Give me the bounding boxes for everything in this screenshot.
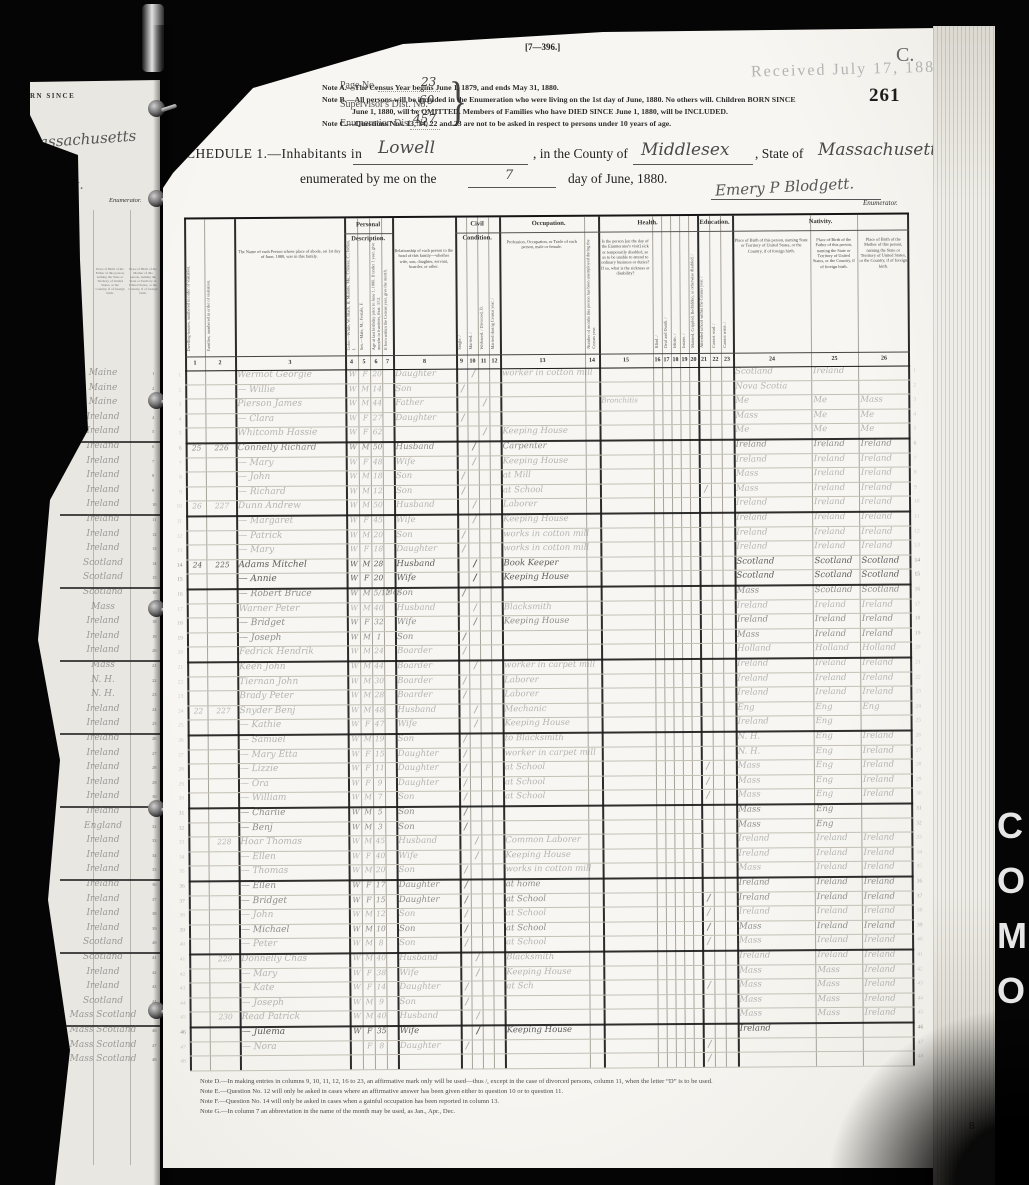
cell-m10: / <box>471 660 480 671</box>
cell-m10: / <box>474 1011 483 1022</box>
cell-m21: / <box>704 907 714 918</box>
cell-b3: Ireland <box>863 847 894 857</box>
enumerated-line-suffix: day of June, 1880. <box>568 171 667 187</box>
prev-page-enumerator-label: Enumerator. <box>109 197 141 204</box>
cell-rel: Daughter <box>395 369 436 379</box>
cell-m21: / <box>703 761 713 772</box>
prev-page-birthplace-entry: Ireland <box>55 967 151 977</box>
cell-b3: Ireland <box>862 672 893 682</box>
prev-page-column-rule <box>130 210 131 1165</box>
column-group-nativity: Nativity. <box>732 214 909 231</box>
cell-rel: Daughter <box>398 763 439 773</box>
cell-m10: / <box>470 558 479 569</box>
row-number-left: 30 <box>174 796 184 802</box>
row-number-right: 11 <box>914 513 924 519</box>
prev-page-birthplace-entry: Ireland <box>55 645 151 655</box>
cell-m10: / <box>471 704 480 715</box>
cell-b2: Eng <box>816 731 833 741</box>
cell-b2: Ireland <box>817 906 848 916</box>
row-number-left: 26 <box>174 738 184 744</box>
prev-page-birthplace-entry: Ireland <box>55 923 151 933</box>
cell-s: M <box>361 530 371 539</box>
cell-c: W <box>351 997 362 1006</box>
column-head-2: Families, numbered in order of visitatio… <box>205 239 235 351</box>
row-number-left: 9 <box>172 489 182 495</box>
cell-b1: Mass <box>738 805 761 815</box>
cell-b1: Mass <box>736 483 759 493</box>
row-number-right: 6 <box>914 440 924 446</box>
enumerated-line-prefix: enumerated by me on the <box>300 171 436 187</box>
cell-b2: Ireland <box>815 629 846 639</box>
cell-b3: Ireland <box>864 935 895 945</box>
column-head-24: Place of Birth of this person, naming St… <box>734 237 809 338</box>
cell-occ: Book Keeper <box>503 558 558 569</box>
prev-page-birthplace-entry: Ireland <box>55 777 151 787</box>
prev-page-birthplace-entry: Ireland <box>55 543 151 553</box>
cell-b1: Mass <box>736 469 759 479</box>
cell-a: 15 <box>376 895 386 904</box>
column-number-7: 7 <box>382 359 393 365</box>
note-c: Note C.—Questions Nos. 13, 14, 22 and 23… <box>322 119 671 128</box>
cell-name: — Peter <box>241 939 277 950</box>
prev-page-birthplace-entry: Ireland <box>55 908 151 918</box>
cell-c: W <box>349 588 360 597</box>
column-head-15: Is the person [on the day of the Enumera… <box>600 238 651 338</box>
cell-s: M <box>363 734 373 743</box>
footer-note-d: Note D.—In making entries in columns 9, … <box>200 1078 713 1085</box>
column-number-11: 11 <box>478 358 489 364</box>
cell-m10: / <box>471 573 480 584</box>
prev-page-birthplace-entry: Ireland <box>55 426 151 436</box>
cell-b3: Ireland <box>864 964 895 974</box>
cell-b2: Ireland <box>815 687 846 697</box>
cell-b2: Eng <box>816 789 833 799</box>
prev-page-birthplace-entry: Ireland <box>55 514 151 524</box>
cell-b3: Ireland <box>861 512 892 522</box>
cell-b1: Mass <box>738 761 761 771</box>
cell-m10: / <box>471 602 480 613</box>
prev-page-birthplace-entry: Scotland <box>55 572 151 582</box>
cell-s: F <box>364 895 374 904</box>
column-number-22: 22 <box>710 357 721 363</box>
cell-name: Keen John <box>239 662 285 673</box>
row-number-right: 40 <box>917 937 927 943</box>
cell-b3: Me <box>860 424 874 434</box>
cell-name: — Richard <box>238 487 286 498</box>
cell-b1: Ireland <box>737 673 768 683</box>
note-b-line1: Note B.—All persons will be included in … <box>322 95 796 104</box>
note-b-line2: June 1, 1880, will be OMITTED. Members o… <box>352 107 728 116</box>
row-number-left: 1 <box>171 373 181 379</box>
cell-name: Tiernan John <box>239 676 298 687</box>
cell-occ: worker in carpet mill <box>505 747 596 758</box>
cell-m21: / <box>703 776 713 787</box>
cell-name: Donnelly Chas <box>241 954 307 965</box>
cell-rel: Son <box>399 938 415 948</box>
row-number-right: 5 <box>914 426 924 432</box>
cell-s: M <box>364 866 374 875</box>
cell-a: 5/12 <box>374 588 384 597</box>
cell-m9: / <box>461 777 470 788</box>
cell-m9: / <box>462 865 471 876</box>
cell-m9: / <box>462 982 471 993</box>
prev-page-birthplace-entry: Ireland <box>55 470 151 480</box>
cell-rel: Daughter <box>399 982 440 992</box>
footer-note-f: Note F.—Question No. 14 will only be ask… <box>200 1098 499 1105</box>
schedule-title: SCHEDULE 1.—Inhabitants in <box>178 146 362 162</box>
row-number-right: 38 <box>917 908 927 914</box>
cell-b2: Ireland <box>814 483 845 493</box>
prev-page-header-fragment: Place of Birth of the Father of this per… <box>95 267 125 317</box>
prev-page-birthplace-entry: Scotland <box>55 558 151 568</box>
column-number-2: 2 <box>205 360 235 366</box>
cell-fam: 227 <box>208 502 236 511</box>
cell-c: W <box>351 910 362 919</box>
cell-a: 20 <box>373 530 383 539</box>
cell-s: F <box>360 369 370 378</box>
cell-c: W <box>347 384 358 393</box>
county-label: , in the County of <box>533 146 628 162</box>
cell-c: W <box>349 603 360 612</box>
row-number-left: 7 <box>172 460 182 466</box>
cell-name: Dunn Andrew <box>238 501 301 512</box>
cell-a: 18 <box>373 471 383 480</box>
prev-page-birthplace-entry: Ireland <box>55 894 151 904</box>
cell-a: 17 <box>376 880 386 889</box>
cell-occ: at Mill <box>503 470 531 480</box>
column-head-5: Sex.—Male, M.; Female, F. <box>358 238 370 350</box>
cell-b2: Ireland <box>817 877 848 887</box>
cell-s: M <box>364 997 374 1006</box>
cell-a: 27 <box>372 413 382 422</box>
cell-fam: 226 <box>208 443 236 452</box>
column-number-6: 6 <box>370 359 382 365</box>
cell-name: — Patrick <box>238 530 282 541</box>
previous-page-edge: RN SINCE assachusetts gett. Enumerator. … <box>25 80 165 1185</box>
cell-b1: N. H. <box>738 746 760 756</box>
cell-s: M <box>365 1012 375 1021</box>
cell-a: 20 <box>374 574 384 583</box>
prev-page-birthplace-entry: N. H. <box>55 675 151 685</box>
prev-page-birthplace-entry: Ireland <box>55 762 151 772</box>
cell-m9: / <box>461 734 470 745</box>
row-number-right: 17 <box>915 601 925 607</box>
row-number-left: 27 <box>174 752 184 758</box>
cell-occ: at School <box>506 908 546 918</box>
prev-page-birthplace-entry: N. H. <box>55 689 151 699</box>
cell-name: Wermot Georgie <box>237 370 312 381</box>
cell-b3: Ireland <box>863 789 894 799</box>
column-number-14: 14 <box>585 358 599 364</box>
cell-c: W <box>349 618 360 627</box>
row-number-left: 46 <box>176 1030 186 1036</box>
column-number-1: 1 <box>185 360 205 366</box>
cell-occ: Carpenter <box>503 441 547 451</box>
prev-page-birthplace-entry: England <box>55 821 151 831</box>
cell-s: F <box>364 968 374 977</box>
column-number-18: 18 <box>671 357 680 363</box>
prev-page-birthplace-entry: Scotland <box>55 996 151 1006</box>
cell-name: — Mary <box>241 969 277 980</box>
cell-b1: Mass <box>739 994 762 1004</box>
cell-c: W <box>350 837 361 846</box>
cell-occ: at School <box>506 923 546 933</box>
cell-s: F <box>364 880 374 889</box>
cell-s: F <box>362 617 372 626</box>
enumerator-signature: Emery P Blodgett. <box>715 174 855 199</box>
cell-b3: Eng <box>862 701 879 711</box>
cell-m9: / <box>461 792 470 803</box>
prev-page-state-fragment: assachusetts <box>38 127 136 152</box>
cell-m9: / <box>460 646 469 657</box>
cell-b3: Ireland <box>861 468 892 478</box>
cell-rel: Son <box>399 909 415 919</box>
cell-rel: Boarder <box>397 661 432 671</box>
cell-rel: Husband <box>396 559 435 569</box>
column-number-26: 26 <box>858 355 910 361</box>
column-group-civil: Civil Condition. <box>455 217 499 233</box>
prev-page-birthplace-entry: Maine <box>55 383 151 393</box>
column-head-6: Age at last birthday prior to June 1, 18… <box>370 238 382 350</box>
cell-name: — Thomas <box>241 866 289 877</box>
row-number-left: 17 <box>173 606 183 612</box>
cell-rel: Wife <box>398 719 418 729</box>
row-number-right: 7 <box>914 455 924 461</box>
row-number-right: 10 <box>914 499 924 505</box>
prev-page-birthplace-entry: Mass Scotland <box>55 1054 151 1064</box>
cell-b3: Ireland <box>862 614 893 624</box>
cell-b1: Ireland <box>736 454 767 464</box>
cell-name: — Willie <box>237 385 275 396</box>
row-number-left: 35 <box>175 869 185 875</box>
cell-name: Fedrick Hendrik <box>239 647 314 658</box>
cell-occ: worker in carpet mill <box>504 660 595 671</box>
cell-b3: Ireland <box>861 497 892 507</box>
cell-b1: Ireland <box>738 848 769 858</box>
cell-rel: Daughter <box>400 1040 441 1050</box>
row-number-right: 26 <box>916 732 926 738</box>
cell-m9: / <box>459 544 468 555</box>
cell-b1: Scotland <box>735 366 773 376</box>
cell-occ: Laborer <box>504 675 539 685</box>
cell-rel: Wife <box>400 1026 420 1036</box>
cell-m9: / <box>460 690 469 701</box>
column-head-10: Married. / <box>467 237 478 349</box>
cell-b1: Ireland <box>739 877 770 887</box>
margin-letter: O <box>997 860 1029 902</box>
cell-b2: Eng <box>816 804 833 814</box>
column-head-26: Place of Birth of the Mother of this per… <box>859 236 908 336</box>
cell-name: — Samuel <box>240 735 286 746</box>
cell-name: — Clara <box>237 414 274 425</box>
cell-rel: Father <box>395 398 423 408</box>
prev-page-birthplace-entry: Ireland <box>55 748 151 758</box>
cell-c: W <box>348 530 359 539</box>
cell-a: 5 <box>375 807 385 816</box>
column-head-14: Number of months this person has been un… <box>585 237 599 349</box>
row-number-left: 12 <box>172 533 182 539</box>
cell-b2: Ireland <box>814 439 845 449</box>
row-number-right: 39 <box>917 922 927 928</box>
cell-b3: Ireland <box>864 950 895 960</box>
cell-s: M <box>364 953 374 962</box>
cell-a: 30 <box>374 676 384 685</box>
cell-b1: Scotland <box>736 556 774 566</box>
prev-page-birthplace-entry: Mass Scotland <box>55 1025 151 1035</box>
cell-b3: Ireland <box>863 833 894 843</box>
cell-b2: Scotland <box>815 585 853 595</box>
cell-rel: Husband <box>397 705 436 715</box>
cell-b2: Ireland <box>817 862 848 872</box>
row-number-left: 6 <box>172 446 182 452</box>
margin-letter: C <box>997 805 1029 847</box>
cell-b3: Ireland <box>861 453 892 463</box>
cell-m9: / <box>460 631 469 642</box>
cell-occ: Keeping House <box>502 426 567 437</box>
cell-b1: Ireland <box>736 527 767 537</box>
row-number-right: 33 <box>916 835 926 841</box>
cell-b2: Ireland <box>815 600 846 610</box>
cell-c: W <box>348 442 359 451</box>
row-number-left: 20 <box>173 650 183 656</box>
cell-s: M <box>361 471 371 480</box>
cell-s: F <box>360 413 370 422</box>
prev-page-birthplace-entry: Ireland <box>55 704 151 714</box>
cell-b3: Ireland <box>864 979 895 989</box>
cell-b1: Ireland <box>740 1023 771 1033</box>
cell-s: M <box>364 939 374 948</box>
cell-b3: Scotland <box>861 555 899 565</box>
cell-rel: Daughter <box>399 894 440 904</box>
prev-page-birthplace-entry: Ireland <box>55 733 151 743</box>
cell-b2: Eng <box>816 760 833 770</box>
cell-b1: Mass <box>737 629 760 639</box>
cell-b1: Ireland <box>737 600 768 610</box>
prev-page-birthplace-entry: Scotland <box>55 587 151 597</box>
row-number-right: 21 <box>915 659 925 665</box>
cell-b1: Nova Scotia <box>735 381 787 392</box>
row-number-right: 36 <box>917 878 927 884</box>
column-head-12: Married during Census year. / <box>489 237 500 349</box>
cell-s: F <box>363 851 373 860</box>
cell-a: 3 <box>375 822 385 831</box>
cell-c: W <box>350 851 361 860</box>
prev-page-birthplace-entry: Ireland <box>55 631 151 641</box>
prev-page-birthplace-entry: Ireland <box>55 806 151 816</box>
cell-s: M <box>364 909 374 918</box>
cell-rel: Son <box>396 471 412 481</box>
cell-m21: / <box>701 484 711 495</box>
column-head-8: Relationship of each person to the head … <box>394 248 454 348</box>
cell-a: 8 <box>376 939 386 948</box>
cell-b1: Mass <box>740 1009 763 1019</box>
column-number-12: 12 <box>489 358 500 364</box>
cell-occ: Keeping House <box>504 572 569 583</box>
row-number-right: 43 <box>917 981 927 987</box>
cell-m9: / <box>460 588 469 599</box>
cell-occ: at School <box>505 791 545 801</box>
cell-m10: / <box>469 368 478 379</box>
cell-b3: Ireland <box>861 526 892 536</box>
prev-page-birthplace-entry: Ireland <box>55 835 151 845</box>
row-number-right: 19 <box>915 630 925 636</box>
scanned-census-page: { "stamps": { "form_no": "[7\u2014396.]"… <box>0 0 1029 1185</box>
cell-c: W <box>348 559 359 568</box>
cell-name: Brady Peter <box>239 691 293 702</box>
cell-occ: Keeping House <box>507 1025 572 1036</box>
row-number-left: 22 <box>173 679 183 685</box>
cell-c: W <box>350 764 361 773</box>
cell-a: 19 <box>375 734 385 743</box>
cell-a: 48 <box>374 705 384 714</box>
note-a: Note A.—The Census Year begins June 1, 1… <box>322 83 559 92</box>
cell-fam: 228 <box>210 837 238 846</box>
column-number-15: 15 <box>599 357 653 363</box>
cell-b1: Me <box>735 396 749 406</box>
cell-name: — Lizzie <box>240 764 278 775</box>
cell-name: — Charlie <box>240 808 285 819</box>
cell-b2: Eng <box>816 746 833 756</box>
cell-m10: / <box>471 617 480 628</box>
cell-m10: / <box>472 850 481 861</box>
prev-page-birthplace-entry: Ireland <box>55 499 151 509</box>
cell-c: W <box>351 895 362 904</box>
cell-s: F <box>364 982 374 991</box>
cell-a: 45 <box>373 515 383 524</box>
cell-c: W <box>348 472 359 481</box>
row-number-left: 13 <box>172 548 182 554</box>
row-number-left: 47 <box>176 1044 186 1050</box>
prev-page-birthplace-entry: Ireland <box>55 529 151 539</box>
cell-rel: Husband <box>398 836 437 846</box>
binding-post-icon <box>148 100 165 117</box>
cell-c: W <box>348 545 359 554</box>
cell-s: M <box>362 588 372 597</box>
cell-rel: Daughter <box>396 544 437 554</box>
county-handwritten: Middlesex <box>641 140 729 160</box>
cell-occ: at Sch <box>506 981 533 991</box>
cell-name: — Kathie <box>240 720 282 731</box>
column-number-13: 13 <box>500 358 585 365</box>
cell-b1: Mass <box>735 410 758 420</box>
cell-b2: Ireland <box>817 921 848 931</box>
cell-b1: Ireland <box>737 688 768 698</box>
cell-a: 62 <box>373 428 383 437</box>
row-number-right: 15 <box>915 572 925 578</box>
cell-c: W <box>351 968 362 977</box>
cell-rel: Son <box>398 807 414 817</box>
cell-rel: Son <box>398 792 414 802</box>
enumerator-label: Enumerator. <box>863 199 898 207</box>
prev-page-born-since-fragment: RN SINCE <box>30 92 75 100</box>
cell-c: W <box>350 807 361 816</box>
cell-rel: Wife <box>398 851 418 861</box>
column-number-16: 16 <box>653 357 662 363</box>
cell-rel: Son <box>396 486 412 496</box>
cell-b1: Ireland <box>738 717 769 727</box>
row-number-left: 24 <box>173 708 183 714</box>
cell-a: 44 <box>372 398 382 407</box>
cell-b2: Ireland <box>815 673 846 683</box>
prev-page-birthplace-entry: Ireland <box>55 791 151 801</box>
cell-a: 24 <box>374 647 384 656</box>
cell-fam: 225 <box>208 560 236 569</box>
cell-s: F <box>361 515 371 524</box>
cell-b3: Ireland <box>861 482 892 492</box>
cell-a: 50 <box>373 442 383 451</box>
column-head-1: Dwelling-houses, numbered in order of vi… <box>185 239 205 351</box>
cell-a: 20 <box>376 866 386 875</box>
